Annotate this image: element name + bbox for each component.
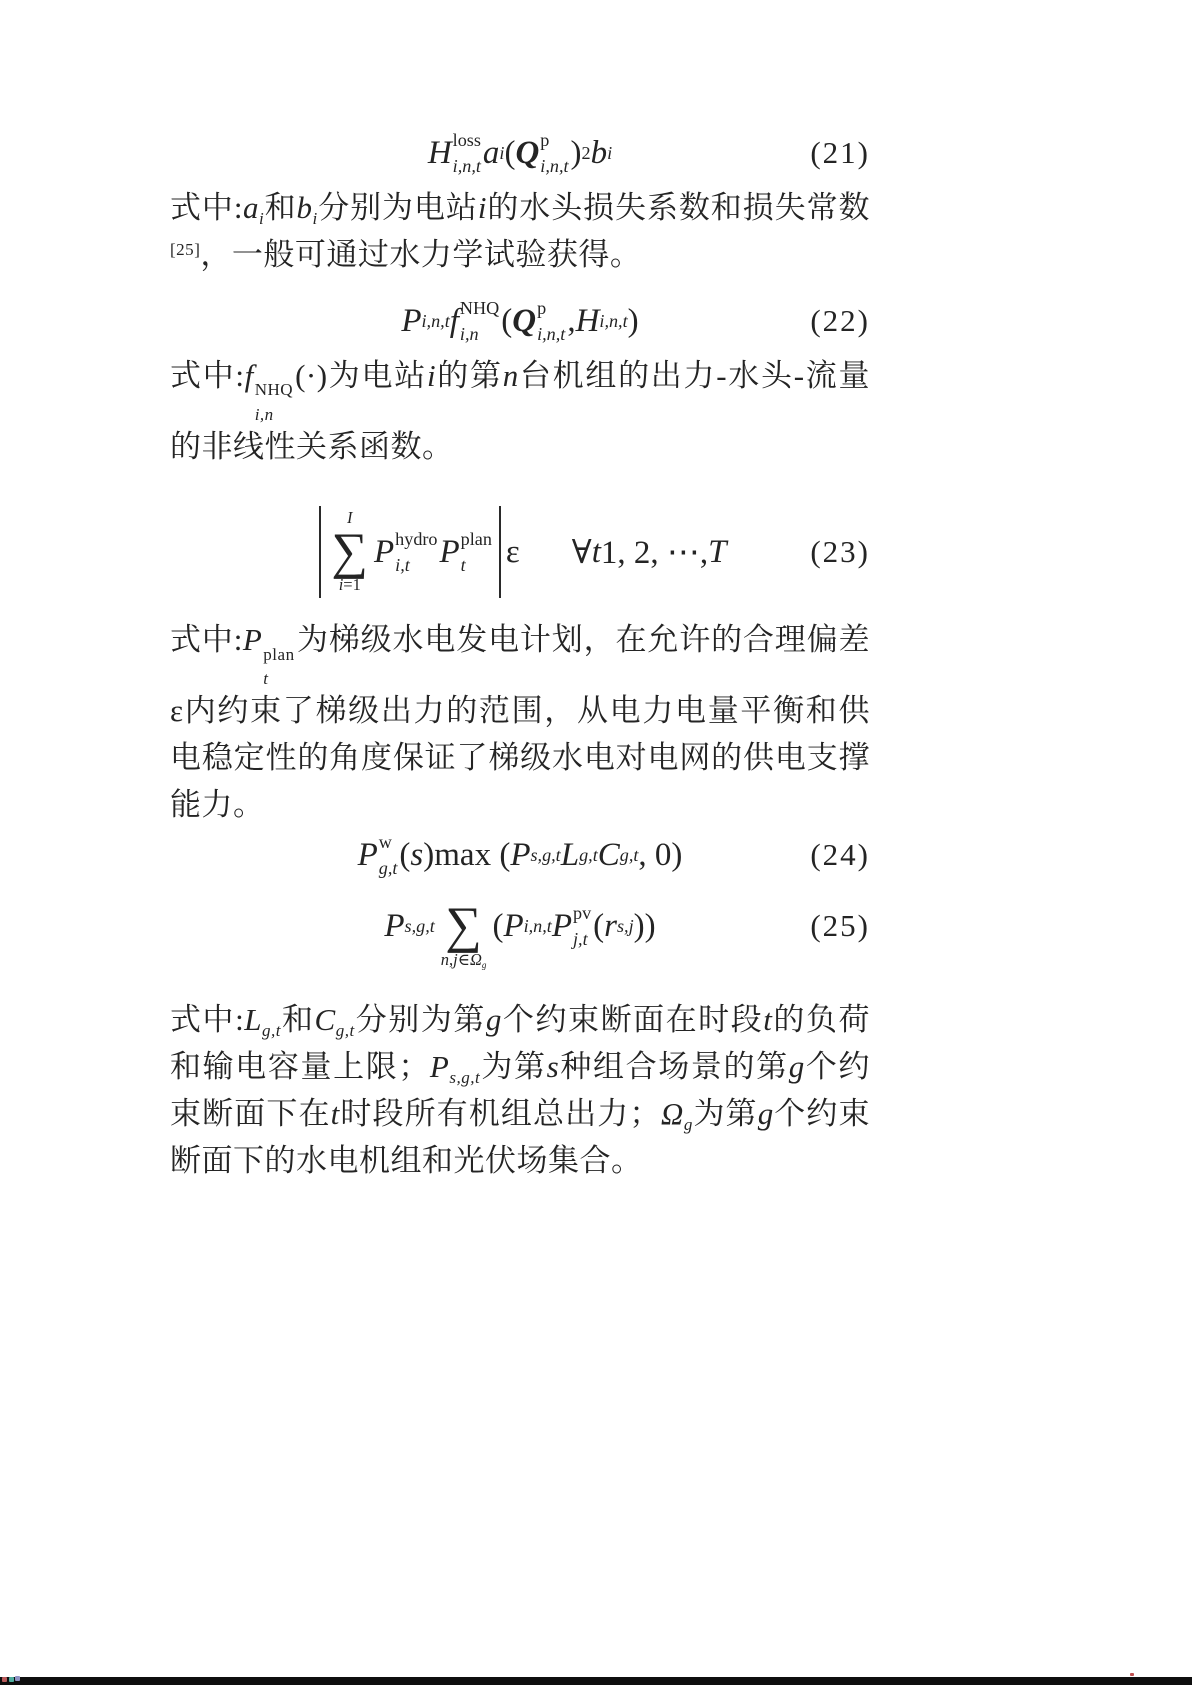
- equation-21-body: Hlossi,n,tai(Qpi,n,t)2bi: [428, 131, 612, 175]
- equation-21: Hlossi,n,tai(Qpi,n,t)2bi (21): [170, 130, 870, 176]
- scan-edge-bar: [0, 1677, 1192, 1685]
- equation-23-body: I∑i=1Phydroi,tPplantε∀t1, 2, ⋯, T: [314, 506, 727, 598]
- paragraph-eq21-note: 式中:ai和bi分别为电站i的水头损失系数和损失常数[25]，一般可通过水力学试…: [170, 184, 870, 278]
- equation-21-number: (21): [810, 135, 870, 171]
- equation-22-body: Pi,n,tfNHQi,n(Qpi,n,t, Hi,n,t): [401, 299, 638, 343]
- paragraph-eq22-note: 式中:fNHQi,n(·)为电站i的第n台机组的出力-水头-流量的非线性关系函数…: [170, 352, 870, 470]
- content-column: Hlossi,n,tai(Qpi,n,t)2bi (21) 式中:ai和bi分别…: [170, 0, 870, 1184]
- scan-speck: [9, 1677, 14, 1682]
- paper-page: { "document": { "language": "zh", "text_…: [0, 0, 1192, 1685]
- scan-speck: [2, 1677, 7, 1682]
- equation-22: Pi,n,tfNHQi,n(Qpi,n,t, Hi,n,t) (22): [170, 298, 870, 344]
- equation-24-number: (24): [810, 837, 870, 873]
- equation-23-number: (23): [810, 534, 870, 570]
- equation-23: I∑i=1Phydroi,tPplantε∀t1, 2, ⋯, T (23): [170, 500, 870, 604]
- equation-24: Pwg,t(s)max (Ps,g,tLg,tCg,t, 0) (24): [170, 832, 870, 878]
- paragraph-eq24-25-note: 式中:Lg,t和Cg,t分别为第g个约束断面在时段t的负荷和输电容量上限；Ps,…: [170, 996, 870, 1184]
- equation-25-number: (25): [810, 908, 870, 944]
- equation-25: Ps,g,t ∑n,j∈Ωg(Pi,n,tPpvj,t(rs,j)) (25): [170, 880, 870, 972]
- scan-speck: [15, 1676, 20, 1681]
- scan-speck: [1130, 1673, 1134, 1676]
- equation-24-body: Pwg,t(s)max (Ps,g,tLg,tCg,t, 0): [358, 833, 683, 877]
- equation-25-body: Ps,g,t ∑n,j∈Ωg(Pi,n,tPpvj,t(rs,j)): [384, 885, 655, 968]
- equation-22-number: (22): [810, 303, 870, 339]
- paragraph-eq23-note: 式中:Pplant为梯级水电发电计划，在允许的合理偏差ε内约束了梯级出力的范围，…: [170, 616, 870, 828]
